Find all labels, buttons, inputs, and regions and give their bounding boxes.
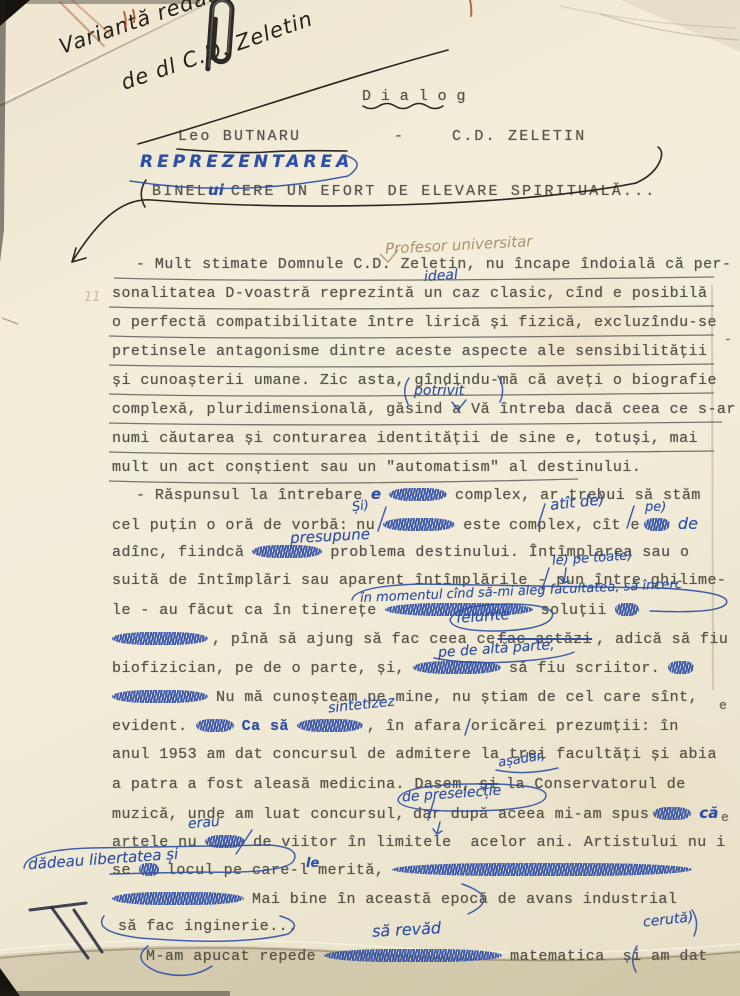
pencil-marks (2, 250, 398, 324)
title-open-paren (141, 180, 146, 207)
preselectie-oval (398, 784, 546, 811)
bottom-left-marks (30, 903, 102, 958)
speaker-underline (177, 149, 347, 153)
paperclip-icon (193, 0, 259, 86)
title-sweep (72, 183, 636, 262)
l09-slash (465, 719, 470, 735)
dadeau-oval (24, 845, 295, 874)
inginerie-oval (102, 916, 295, 941)
reprezentarea-lasso (130, 155, 357, 188)
si-am-dat-paren (633, 946, 637, 972)
alta-parte-undercurve (434, 652, 574, 663)
corner-note-flourish (138, 50, 448, 144)
l02-insert-slashes (378, 504, 634, 531)
red-marks (60, 0, 471, 46)
dialog-wavy-underline (363, 104, 443, 109)
potrivit-parens (405, 376, 503, 404)
black-ink-strokes (72, 50, 662, 262)
annotation-strokes (0, 0, 740, 996)
maibine-arc (462, 884, 484, 914)
asadar-curve (496, 768, 558, 773)
dar-paren-arrow (428, 800, 442, 834)
ghilimele-arrow (560, 568, 569, 583)
scanned-manuscript-page: Variantă redactată de dl C.D. Zeletin D … (0, 0, 740, 996)
pencil-underlines (109, 277, 722, 483)
ceruta-paren (692, 910, 697, 936)
potrivit-caret (452, 400, 466, 410)
erau-slash (236, 830, 252, 854)
title-right-hook (636, 147, 662, 183)
moment-note-oval (352, 584, 727, 612)
mam-circle (141, 946, 212, 975)
pencil-caret (380, 250, 398, 262)
felurite-oval (450, 604, 553, 631)
